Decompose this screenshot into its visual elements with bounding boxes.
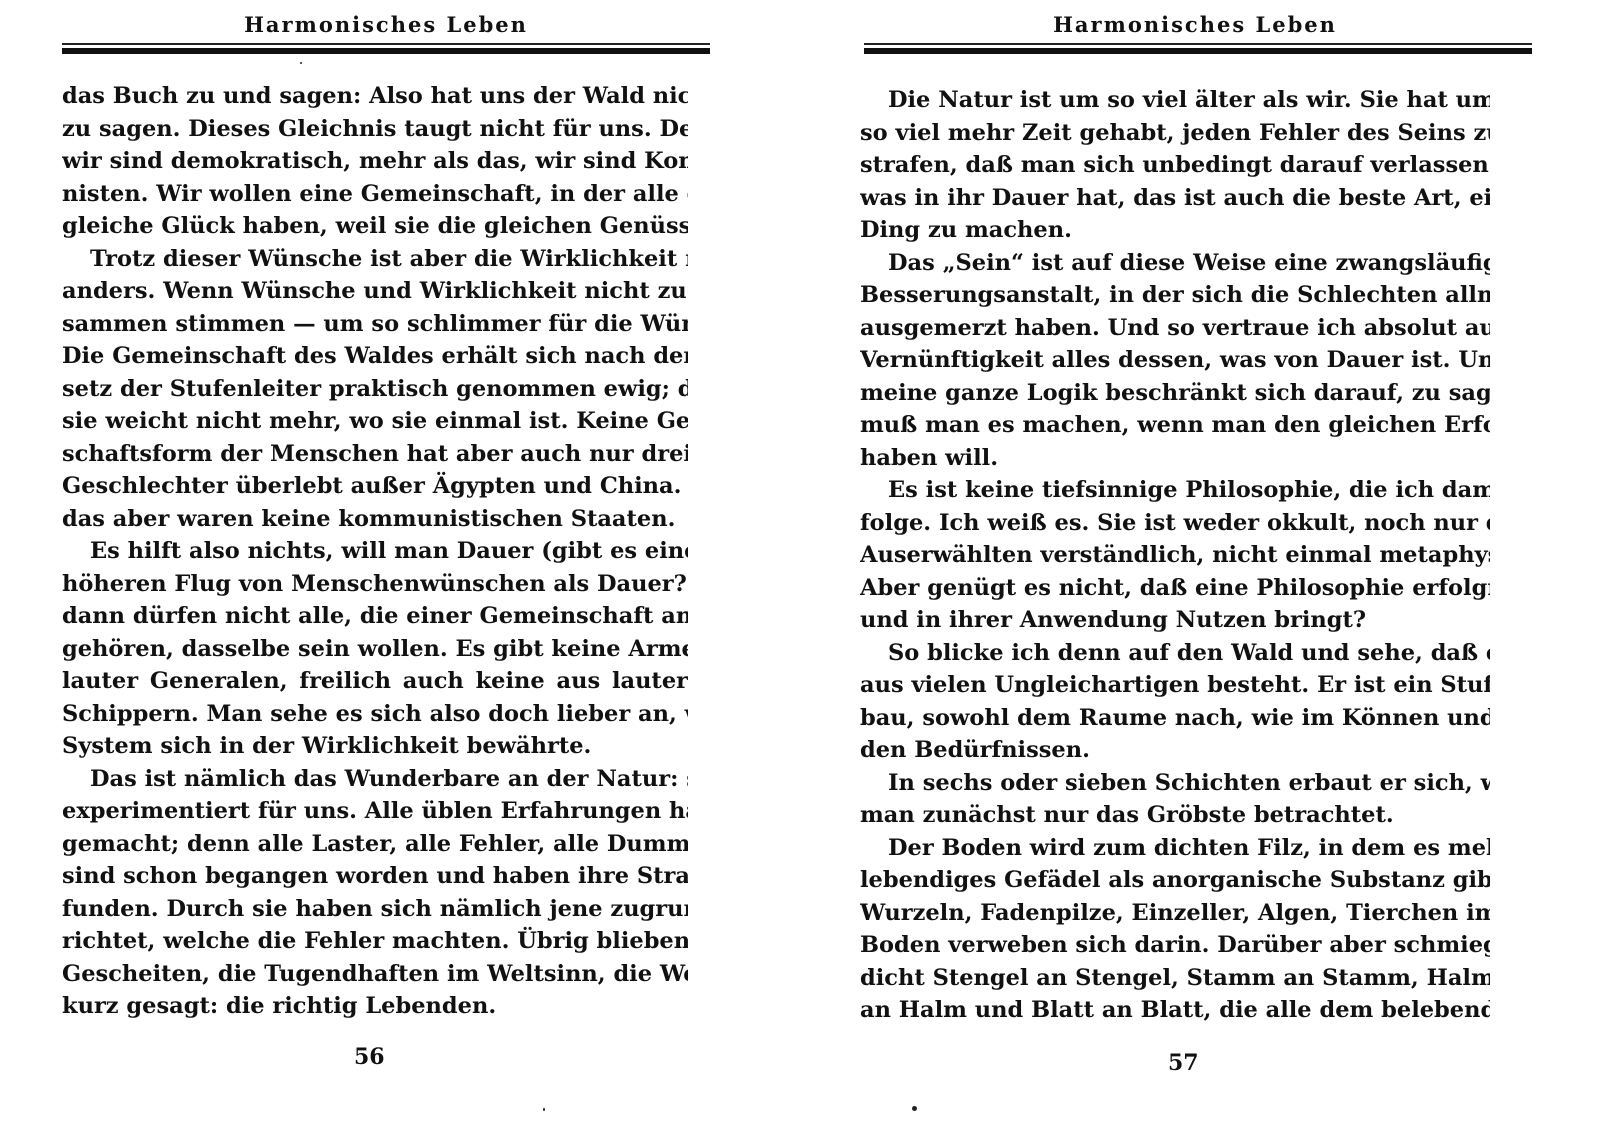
text-line: System sich in der Wirklichkeit bewährte… <box>62 730 688 763</box>
text-line: gehören, dasselbe sein wollen. Es gibt k… <box>62 633 688 666</box>
text-line: sammen stimmen — um so schlimmer für die… <box>62 308 688 341</box>
scan-speck <box>300 62 302 64</box>
text-line: folge. Ich weiß es. Sie ist weder okkult… <box>860 507 1490 540</box>
text-line: Besserungsanstalt, in der sich die Schle… <box>860 279 1490 312</box>
header-rule-thick <box>62 48 710 54</box>
text-line: setz der Stufenleiter praktisch genommen… <box>62 373 688 406</box>
scan-speck <box>543 1108 545 1111</box>
text-line: Vernünftigkeit alles dessen, was von Dau… <box>860 344 1490 377</box>
text-line: dann dürfen nicht alle, die einer Gemein… <box>62 600 688 633</box>
text-line: Es hilft also nichts, will man Dauer (gi… <box>62 535 688 568</box>
text-line: Schippern. Man sehe es sich also doch li… <box>62 698 688 731</box>
text-line: dicht Stengel an Stengel, Stamm an Stamm… <box>860 962 1490 995</box>
text-line: so viel mehr Zeit gehabt, jeden Fehler d… <box>860 117 1490 150</box>
text-line: experimentiert für uns. Alle üblen Erfah… <box>62 795 688 828</box>
text-line: Auserwählten verständlich, nicht einmal … <box>860 539 1490 572</box>
header-rule <box>62 43 710 54</box>
text-line: lebendiges Gefädel als anorganische Subs… <box>860 864 1490 897</box>
text-line: muß man es machen, wenn man den gleichen… <box>860 409 1490 442</box>
text-line: man zunächst nur das Gröbste betrachtet. <box>860 799 1490 832</box>
header-rule <box>864 43 1532 54</box>
text-line: In sechs oder sieben Schichten erbaut er… <box>860 767 1490 800</box>
text-line: das aber waren keine kommunistischen Sta… <box>62 503 688 536</box>
text-line: So blicke ich denn auf den Wald und sehe… <box>860 637 1490 670</box>
text-line: Der Boden wird zum dichten Filz, in dem … <box>860 832 1490 865</box>
page-number: 57 <box>1168 1050 1199 1076</box>
text-line: zu sagen. Dieses Gleichnis taugt nicht f… <box>62 113 688 146</box>
text-line: gemacht; denn alle Laster, alle Fehler, … <box>62 828 688 861</box>
text-line: Die Gemeinschaft des Waldes erhält sich … <box>62 340 688 373</box>
text-line: und in ihrer Anwendung Nutzen bringt? <box>860 604 1490 637</box>
text-line: Aber genügt es nicht, daß eine Philosoph… <box>860 572 1490 605</box>
header-rule-thick <box>864 48 1532 54</box>
text-line: Es ist keine tiefsinnige Philosophie, di… <box>860 474 1490 507</box>
text-line: sie weicht nicht mehr, wo sie einmal ist… <box>62 405 688 438</box>
text-line: Geschlechter überlebt außer Ägypten und … <box>62 470 688 503</box>
running-head: Harmonisches Leben <box>860 12 1530 37</box>
text-line: schaftsform der Menschen hat aber auch n… <box>62 438 688 471</box>
text-line: Boden verweben sich darin. Darüber aber … <box>860 929 1490 962</box>
body-text: Die Natur ist um so viel älter als wir. … <box>860 84 1490 1027</box>
text-line: richtet, welche die Fehler machten. Übri… <box>62 925 688 958</box>
text-line: ausgemerzt haben. Und so vertraue ich ab… <box>860 312 1490 345</box>
text-line: den Bedürfnissen. <box>860 734 1490 767</box>
scan-speck <box>912 1106 917 1111</box>
text-line: meine ganze Logik beschränkt sich darauf… <box>860 377 1490 410</box>
header-rule-thin <box>62 43 710 45</box>
text-line: strafen, daß man sich unbedingt darauf v… <box>860 149 1490 182</box>
right-page: Harmonisches Leben Die Natur ist um so v… <box>840 0 1600 1141</box>
running-head: Harmonisches Leben <box>62 12 710 37</box>
text-line: Trotz dieser Wünsche ist aber die Wirkli… <box>62 243 688 276</box>
text-line: sind schon begangen worden und haben ihr… <box>62 860 688 893</box>
text-line: Gescheiten, die Tugendhaften im Weltsinn… <box>62 958 688 991</box>
text-line: kurz gesagt: die richtig Lebenden. <box>62 990 688 1023</box>
header-rule-thin <box>864 43 1532 45</box>
text-line: Wurzeln, Fadenpilze, Einzeller, Algen, T… <box>860 897 1490 930</box>
text-line: bau, sowohl dem Raume nach, wie im Könne… <box>860 702 1490 735</box>
text-line: aus vielen Ungleichartigen besteht. Er i… <box>860 669 1490 702</box>
text-line: gleiche Glück haben, weil sie die gleich… <box>62 210 688 243</box>
text-line: höheren Flug von Menschenwünschen als Da… <box>62 568 688 601</box>
text-line: Ding zu machen. <box>860 214 1490 247</box>
text-line: das Buch zu und sagen: Also hat uns der … <box>62 80 688 113</box>
text-line: an Halm und Blatt an Blatt, die alle dem… <box>860 994 1490 1027</box>
text-line: Das „Sein“ ist auf diese Weise eine zwan… <box>860 247 1490 280</box>
text-line: funden. Durch sie haben sich nämlich jen… <box>62 893 688 926</box>
text-line: was in ihr Dauer hat, das ist auch die b… <box>860 182 1490 215</box>
text-line: anders. Wenn Wünsche und Wirklichkeit ni… <box>62 275 688 308</box>
page-number: 56 <box>354 1044 385 1070</box>
text-line: haben will. <box>860 442 1490 475</box>
text-line: lauter Generalen, freilich auch keine au… <box>62 665 688 698</box>
body-text: das Buch zu und sagen: Also hat uns der … <box>62 80 688 1023</box>
text-line: Das ist nämlich das Wunderbare an der Na… <box>62 763 688 796</box>
text-line: Die Natur ist um so viel älter als wir. … <box>860 84 1490 117</box>
text-line: nisten. Wir wollen eine Gemeinschaft, in… <box>62 178 688 211</box>
left-page: Harmonisches Leben das Buch zu und sagen… <box>0 0 760 1141</box>
text-line: wir sind demokratisch, mehr als das, wir… <box>62 145 688 178</box>
